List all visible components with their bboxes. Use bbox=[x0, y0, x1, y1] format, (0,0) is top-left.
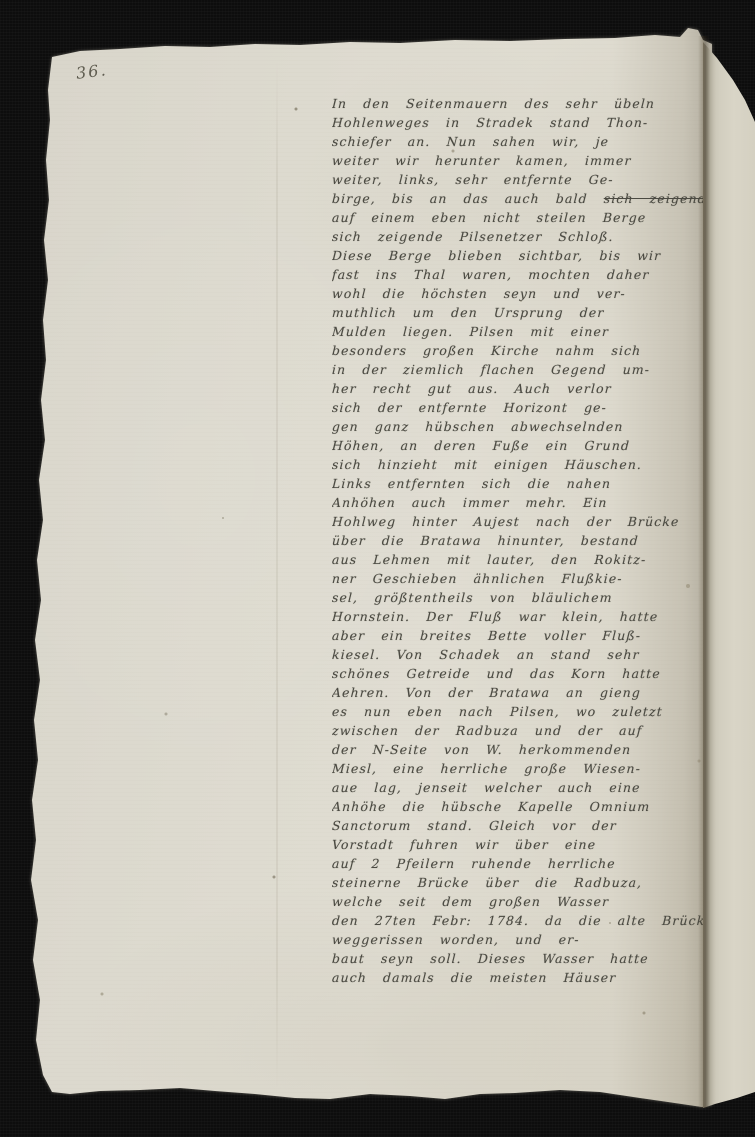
manuscript-line: Diese Berge blieben sichtbar, bis wir bbox=[332, 246, 712, 265]
manuscript-line: Vorstadt fuhren wir über eine bbox=[332, 835, 712, 854]
archival-photograph: 36. In den Seitenmauern des sehr übelnHo… bbox=[0, 0, 755, 1137]
manuscript-line: ner Geschieben ähnlichen Flußkie- bbox=[332, 569, 712, 588]
manuscript-line: birge, bis an das auch bald sich zeigend… bbox=[332, 189, 712, 208]
manuscript-line-text: weggerissen worden, und er- bbox=[332, 932, 580, 947]
manuscript-line-text: Höhen, an deren Fuße ein Grund bbox=[332, 438, 630, 453]
manuscript-line-text: der N-Seite von W. herkommenden bbox=[332, 742, 632, 757]
manuscript-line: Höhen, an deren Fuße ein Grund bbox=[332, 436, 712, 455]
manuscript-line: aber ein breites Bette voller Fluß- bbox=[332, 626, 712, 645]
manuscript-line-text: kiesel. Von Schadek an stand sehr bbox=[332, 647, 640, 662]
manuscript-line-text: aber ein breites Bette voller Fluß- bbox=[332, 628, 642, 643]
manuscript-line: über die Bratawa hinunter, bestand bbox=[332, 531, 712, 550]
manuscript-page: 36. In den Seitenmauern des sehr übelnHo… bbox=[0, 0, 712, 1137]
manuscript-line: auf einem eben nicht steilen Berge bbox=[332, 208, 712, 227]
manuscript-line: sich der entfernte Horizont ge- bbox=[332, 398, 712, 417]
manuscript-line: sich hinzieht mit einigen Häuschen. bbox=[332, 455, 712, 474]
manuscript-line-text: gen ganz hübschen abwechselnden bbox=[332, 419, 624, 434]
manuscript-line-text: aue lag, jenseit welcher auch eine bbox=[332, 780, 641, 795]
manuscript-line-text: zwischen der Radbuza und der auf bbox=[332, 723, 643, 738]
manuscript-line: zwischen der Radbuza und der auf bbox=[332, 721, 712, 740]
manuscript-line-text: Hohlweg hinter Aujest nach der Brücke bbox=[332, 514, 680, 529]
manuscript-line: welche seit dem großen Wasser bbox=[332, 892, 712, 911]
manuscript-line: Hohlweg hinter Aujest nach der Brücke bbox=[332, 512, 712, 531]
manuscript-line: steinerne Brücke über die Radbuza, bbox=[332, 873, 712, 892]
manuscript-line-text: besonders großen Kirche nahm sich bbox=[332, 343, 642, 358]
manuscript-line-text: den 27ten Febr: 1784. da die alte Brücke bbox=[332, 913, 712, 928]
manuscript-line-text: welche seit dem großen Wasser bbox=[332, 894, 610, 909]
manuscript-line-text: baut seyn soll. Dieses Wasser hatte bbox=[332, 951, 649, 966]
manuscript-line: fast ins Thal waren, mochten daher bbox=[332, 265, 712, 284]
page-number: 36. bbox=[75, 60, 109, 83]
manuscript-text-block: In den Seitenmauern des sehr übelnHohlen… bbox=[332, 94, 712, 990]
manuscript-line: auf 2 Pfeilern ruhende herrliche bbox=[332, 854, 712, 873]
manuscript-line-text: aus Lehmen mit lauter, den Rokitz- bbox=[332, 552, 647, 567]
manuscript-line-text: sel, größtentheils von bläulichem bbox=[332, 590, 613, 605]
manuscript-line-text: In den Seitenmauern des sehr übeln bbox=[332, 96, 655, 111]
manuscript-line-text: Anhöhen auch immer mehr. Ein bbox=[332, 495, 608, 510]
adjacent-page-edge bbox=[703, 0, 755, 1137]
manuscript-line: In den Seitenmauern des sehr übeln bbox=[332, 94, 712, 113]
manuscript-line: Anhöhen auch immer mehr. Ein bbox=[332, 493, 712, 512]
manuscript-line-text: Links entfernten sich die nahen bbox=[332, 476, 612, 491]
manuscript-line: Links entfernten sich die nahen bbox=[332, 474, 712, 493]
manuscript-line: aue lag, jenseit welcher auch eine bbox=[332, 778, 712, 797]
manuscript-line-text: Sanctorum stand. Gleich vor der bbox=[332, 818, 617, 833]
manuscript-line-text: in der ziemlich flachen Gegend um- bbox=[332, 362, 651, 377]
manuscript-line: Hohlenweges in Stradek stand Thon- bbox=[332, 113, 712, 132]
manuscript-line: schönes Getreide und das Korn hatte bbox=[332, 664, 712, 683]
manuscript-line-text: schönes Getreide und das Korn hatte bbox=[332, 666, 661, 681]
page-wrap: 36. In den Seitenmauern des sehr übelnHo… bbox=[0, 0, 755, 1137]
manuscript-line: in der ziemlich flachen Gegend um- bbox=[332, 360, 712, 379]
manuscript-line: schiefer an. Nun sahen wir, je bbox=[332, 132, 712, 151]
manuscript-line-text: auf 2 Pfeilern ruhende herrliche bbox=[332, 856, 616, 871]
manuscript-line-text: Hohlenweges in Stradek stand Thon- bbox=[332, 115, 649, 130]
manuscript-line-text: Vorstadt fuhren wir über eine bbox=[332, 837, 597, 852]
manuscript-line-text: birge, bis an das auch bald bbox=[332, 191, 604, 206]
manuscript-line: Hornstein. Der Fluß war klein, hatte bbox=[332, 607, 712, 626]
manuscript-line: besonders großen Kirche nahm sich bbox=[332, 341, 712, 360]
manuscript-line-text: Aehren. Von der Bratawa an gieng bbox=[332, 685, 641, 700]
manuscript-line: sich zeigende Pilsenetzer Schloß. bbox=[332, 227, 712, 246]
manuscript-line: den 27ten Febr: 1784. da die alte Brücke bbox=[332, 911, 712, 930]
manuscript-line: gen ganz hübschen abwechselnden bbox=[332, 417, 712, 436]
manuscript-line: baut seyn soll. Dieses Wasser hatte bbox=[332, 949, 712, 968]
manuscript-line-text: auf einem eben nicht steilen Berge bbox=[332, 210, 647, 225]
manuscript-line-text: Mulden liegen. Pilsen mit einer bbox=[332, 324, 609, 339]
manuscript-line-text: fast ins Thal waren, mochten daher bbox=[332, 267, 650, 282]
manuscript-line: auch damals die meisten Häuser bbox=[332, 968, 712, 987]
foxing-specks bbox=[0, 0, 2, 2]
paper-crease bbox=[276, 60, 278, 1090]
manuscript-line-text: Anhöhe die hübsche Kapelle Omnium bbox=[332, 799, 651, 814]
manuscript-line: sel, größtentheils von bläulichem bbox=[332, 588, 712, 607]
manuscript-line-text: Hornstein. Der Fluß war klein, hatte bbox=[332, 609, 659, 624]
manuscript-line: wohl die höchsten seyn und ver- bbox=[332, 284, 712, 303]
manuscript-line-text: es nun eben nach Pilsen, wo zuletzt bbox=[332, 704, 663, 719]
manuscript-line: weiter, links, sehr entfernte Ge- bbox=[332, 170, 712, 189]
struck-through-text: sich zeigende bbox=[603, 191, 712, 206]
manuscript-line: Aehren. Von der Bratawa an gieng bbox=[332, 683, 712, 702]
manuscript-line-text: schiefer an. Nun sahen wir, je bbox=[332, 134, 610, 149]
manuscript-line: Sanctorum stand. Gleich vor der bbox=[332, 816, 712, 835]
manuscript-line: der N-Seite von W. herkommenden bbox=[332, 740, 712, 759]
manuscript-line-text: Miesl, eine herrliche große Wiesen- bbox=[332, 761, 641, 776]
manuscript-line: es nun eben nach Pilsen, wo zuletzt bbox=[332, 702, 712, 721]
manuscript-line: Mulden liegen. Pilsen mit einer bbox=[332, 322, 712, 341]
manuscript-line: kiesel. Von Schadek an stand sehr bbox=[332, 645, 712, 664]
manuscript-line: muthlich um den Ursprung der bbox=[332, 303, 712, 322]
manuscript-line: weiter wir herunter kamen, immer bbox=[332, 151, 712, 170]
manuscript-line-text: Diese Berge blieben sichtbar, bis wir bbox=[332, 248, 662, 263]
manuscript-line: aus Lehmen mit lauter, den Rokitz- bbox=[332, 550, 712, 569]
manuscript-line-text: sich der entfernte Horizont ge- bbox=[332, 400, 607, 415]
manuscript-line: weggerissen worden, und er- bbox=[332, 930, 712, 949]
manuscript-line-text: auch damals die meisten Häuser bbox=[332, 970, 617, 985]
manuscript-line-text: sich hinzieht mit einigen Häuschen. bbox=[332, 457, 642, 472]
manuscript-line-text: sich zeigende Pilsenetzer Schloß. bbox=[332, 229, 614, 244]
manuscript-line-text: steinerne Brücke über die Radbuza, bbox=[332, 875, 643, 890]
manuscript-line-text: weiter, links, sehr entfernte Ge- bbox=[332, 172, 614, 187]
manuscript-line-text: her recht gut aus. Auch verlor bbox=[332, 381, 612, 396]
manuscript-line-text: wohl die höchsten seyn und ver- bbox=[332, 286, 626, 301]
manuscript-line: her recht gut aus. Auch verlor bbox=[332, 379, 712, 398]
manuscript-line: Miesl, eine herrliche große Wiesen- bbox=[332, 759, 712, 778]
manuscript-line-text: weiter wir herunter kamen, immer bbox=[332, 153, 632, 168]
manuscript-line-text: ner Geschieben ähnlichen Flußkie- bbox=[332, 571, 623, 586]
manuscript-line: Anhöhe die hübsche Kapelle Omnium bbox=[332, 797, 712, 816]
manuscript-line-text: über die Bratawa hinunter, bestand bbox=[332, 533, 639, 548]
manuscript-line-text: muthlich um den Ursprung der bbox=[332, 305, 605, 320]
